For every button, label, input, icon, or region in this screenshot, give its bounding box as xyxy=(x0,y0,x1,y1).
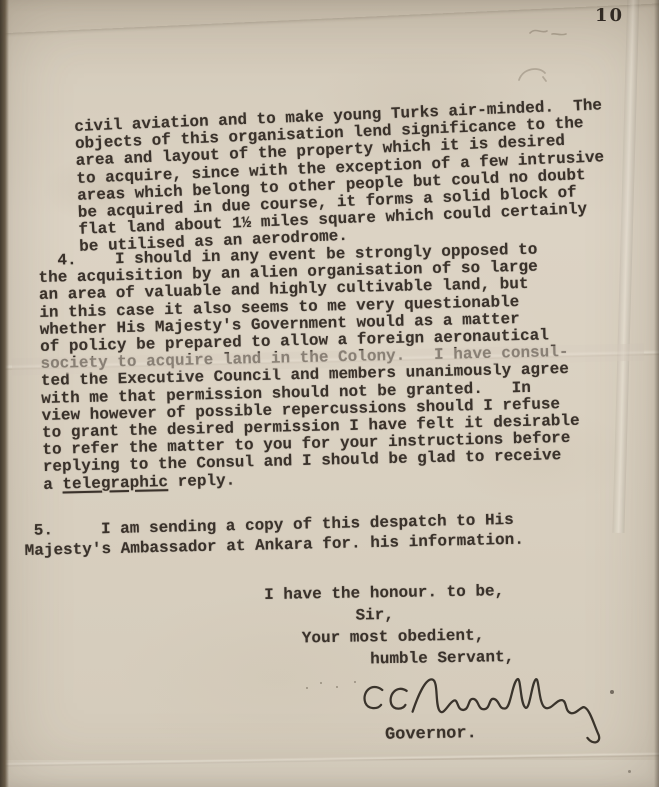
underlined-word: telegraphic xyxy=(62,473,168,493)
paper-bottom-strip xyxy=(0,760,659,787)
document-photo: 10 civil aviation and to make young Turk… xyxy=(0,0,659,787)
letter-line: humble Servant, xyxy=(370,646,514,670)
letter-line: Sir, xyxy=(355,602,513,626)
photo-right-edge xyxy=(654,0,659,787)
letter-closing: I have the honour. to be,Sir,Your most o… xyxy=(264,580,514,672)
ink-dot-icon xyxy=(610,690,614,694)
last-line-post: reply. xyxy=(168,471,236,491)
pencil-dots-icon xyxy=(303,679,363,691)
page-number: 10 xyxy=(595,5,624,26)
smudge-curl-icon xyxy=(515,64,549,86)
last-line-pre: a xyxy=(43,475,63,493)
paragraph-continuation: civil aviation and to make young Turks a… xyxy=(74,97,607,256)
letter-line: I have the honour. to be, xyxy=(264,580,513,606)
photo-left-edge xyxy=(0,0,9,787)
ink-dot-icon xyxy=(628,770,631,773)
signature-handwriting: C C Woolley xyxy=(356,665,611,757)
smudge-mark-icon xyxy=(527,24,569,40)
